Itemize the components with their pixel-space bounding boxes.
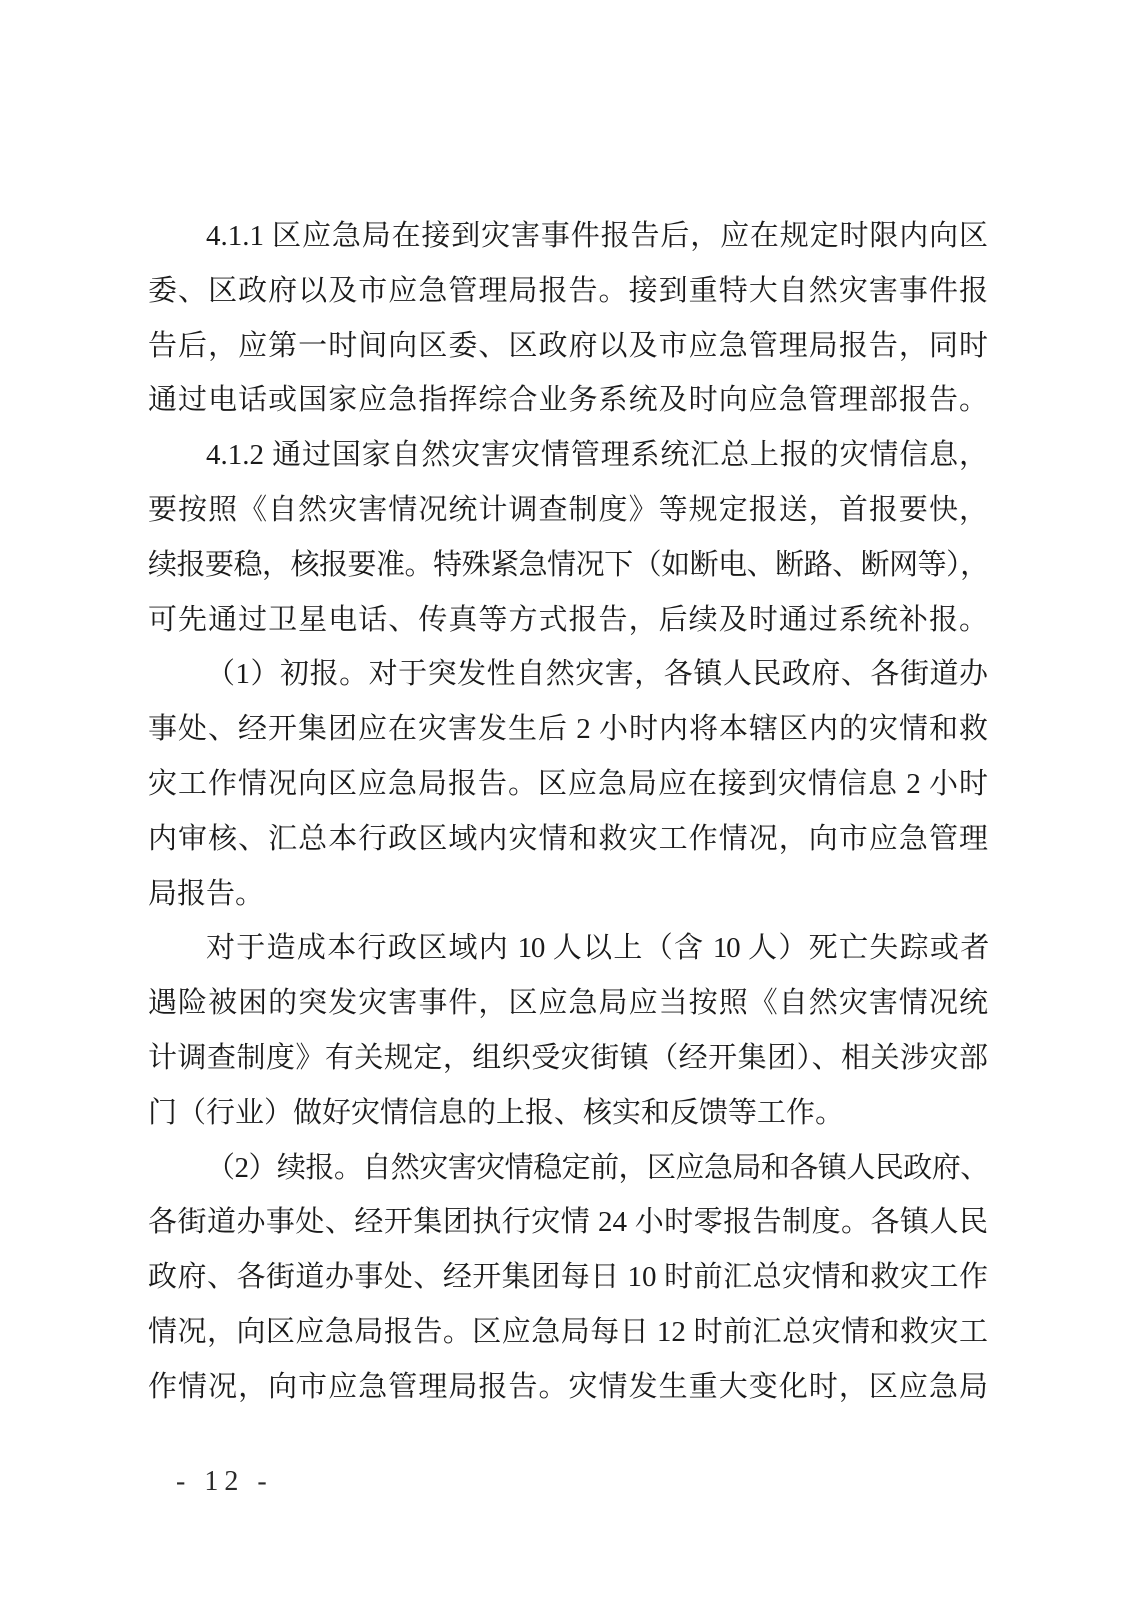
- text-line: 遇险被困的突发灾害事件，区应急局应当按照《自然灾害情况统: [148, 976, 988, 1031]
- paragraph-casualty-threshold: 对于造成本行政区域内 10 人以上（含 10 人）死亡失踪或者 遇险被困的突发灾…: [148, 921, 988, 1140]
- paragraph-4-1-1: 4.1.1 区应急局在接到灾害事件报告后，应在规定时限内向区 委、区政府以及市应…: [148, 209, 988, 428]
- text-line: 4.1.1 区应急局在接到灾害事件报告后，应在规定时限内向区: [148, 209, 988, 264]
- paragraph-4-1-2: 4.1.2 通过国家自然灾害灾情管理系统汇总上报的灾情信息， 要按照《自然灾害情…: [148, 428, 988, 647]
- text-line: 局报告。: [148, 867, 988, 922]
- text-line: 内审核、汇总本行政区域内灾情和救灾工作情况，向市应急管理: [148, 812, 988, 867]
- text-line: 计调查制度》有关规定，组织受灾街镇（经开集团）、相关涉灾部: [148, 1031, 988, 1086]
- text-line: 4.1.2 通过国家自然灾害灾情管理系统汇总上报的灾情信息，: [148, 428, 988, 483]
- text-line: 作情况，向市应急管理局报告。灾情发生重大变化时，区应急局: [148, 1360, 988, 1415]
- text-line: 情况，向区应急局报告。区应急局每日 12 时前汇总灾情和救灾工: [148, 1305, 988, 1360]
- text-line: 通过电话或国家应急指挥综合业务系统及时向应急管理部报告。: [148, 373, 988, 428]
- text-line: 可先通过卫星电话、传真等方式报告，后续及时通过系统补报。: [148, 593, 988, 648]
- text-line: 灾工作情况向区应急局报告。区应急局应在接到灾情信息 2 小时: [148, 757, 988, 812]
- text-line: 告后，应第一时间向区委、区政府以及市应急管理局报告，同时: [148, 319, 988, 374]
- text-line: 对于造成本行政区域内 10 人以上（含 10 人）死亡失踪或者: [148, 921, 988, 976]
- text-line: 委、区政府以及市应急管理局报告。接到重特大自然灾害事件报: [148, 264, 988, 319]
- text-line: 要按照《自然灾害情况统计调查制度》等规定报送，首报要快，: [148, 483, 988, 538]
- paragraph-item-1-initial-report: （1）初报。对于突发性自然灾害，各镇人民政府、各街道办 事处、经开集团应在灾害发…: [148, 647, 988, 921]
- page-footer: - 12 -: [176, 1466, 273, 1498]
- document-body: 4.1.1 区应急局在接到灾害事件报告后，应在规定时限内向区 委、区政府以及市应…: [148, 209, 988, 1415]
- text-line: 各街道办事处、经开集团执行灾情 24 小时零报告制度。各镇人民: [148, 1195, 988, 1250]
- text-line: （2）续报。自然灾害灾情稳定前，区应急局和各镇人民政府、: [148, 1141, 988, 1196]
- text-line: （1）初报。对于突发性自然灾害，各镇人民政府、各街道办: [148, 647, 988, 702]
- paragraph-item-2-continued-report: （2）续报。自然灾害灾情稳定前，区应急局和各镇人民政府、 各街道办事处、经开集团…: [148, 1141, 988, 1415]
- text-line: 门（行业）做好灾情信息的上报、核实和反馈等工作。: [148, 1086, 988, 1141]
- page-number: - 12 -: [176, 1466, 273, 1497]
- document-page: 4.1.1 区应急局在接到灾害事件报告后，应在规定时限内向区 委、区政府以及市应…: [0, 0, 1131, 1600]
- text-line: 续报要稳，核报要准。特殊紧急情况下（如断电、断路、断网等），: [148, 538, 988, 593]
- text-line: 事处、经开集团应在灾害发生后 2 小时内将本辖区内的灾情和救: [148, 702, 988, 757]
- text-line: 政府、各街道办事处、经开集团每日 10 时前汇总灾情和救灾工作: [148, 1250, 988, 1305]
